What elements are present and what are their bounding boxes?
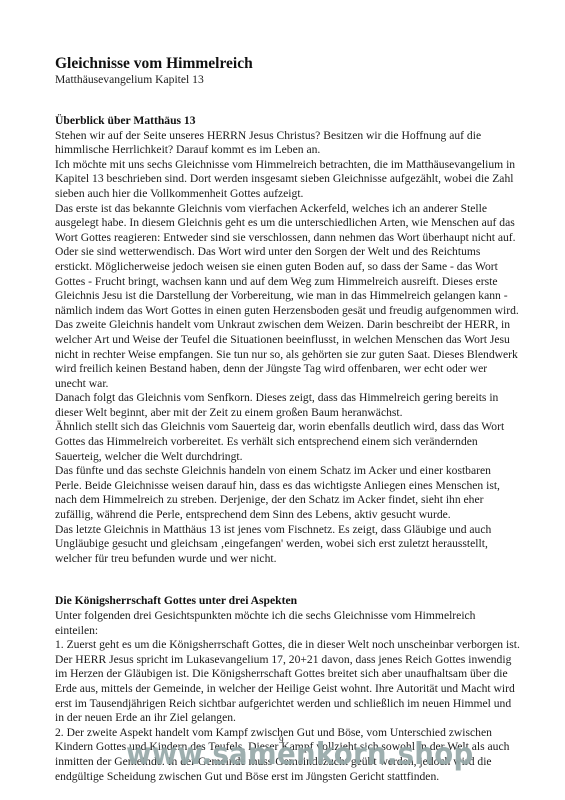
paragraph: Stehen wir auf der Seite unseres HERRN J… [55,129,520,158]
paragraph: Das zweite Gleichnis handelt vom Unkraut… [55,318,520,391]
paragraph: Ähnlich stellt sich das Gleichnis vom Sa… [55,420,520,464]
document-page: Gleichnisse vom Himmelreich Matthäusevan… [0,0,565,800]
section-heading: Die Königsherrschaft Gottes unter drei A… [55,594,520,609]
paragraph: Das erste ist das bekannte Gleichnis vom… [55,202,520,319]
paragraph: Unter folgenden drei Gesichtspunkten möc… [55,609,520,638]
paragraph: Das fünfte und das sechste Gleichnis han… [55,464,520,522]
paragraph: Danach folgt das Gleichnis vom Senfkorn.… [55,391,520,420]
document-title: Gleichnisse vom Himmelreich [55,55,520,73]
paragraph: 1. Zuerst geht es um die Königsherrschaf… [55,638,520,726]
paragraph: Ich möchte mit uns sechs Gleichnisse vom… [55,158,520,202]
paragraph: Das letzte Gleichnis in Matthäus 13 ist … [55,523,520,567]
section-heading: Überblick über Matthäus 13 [55,114,520,129]
document-subtitle: Matthäusevangelium Kapitel 13 [55,73,520,87]
page-content: Gleichnisse vom Himmelreich Matthäusevan… [55,55,520,784]
watermark-text: www.samenkorn.shop [126,738,473,772]
section-overview: Überblick über Matthäus 13 Stehen wir au… [55,114,520,566]
